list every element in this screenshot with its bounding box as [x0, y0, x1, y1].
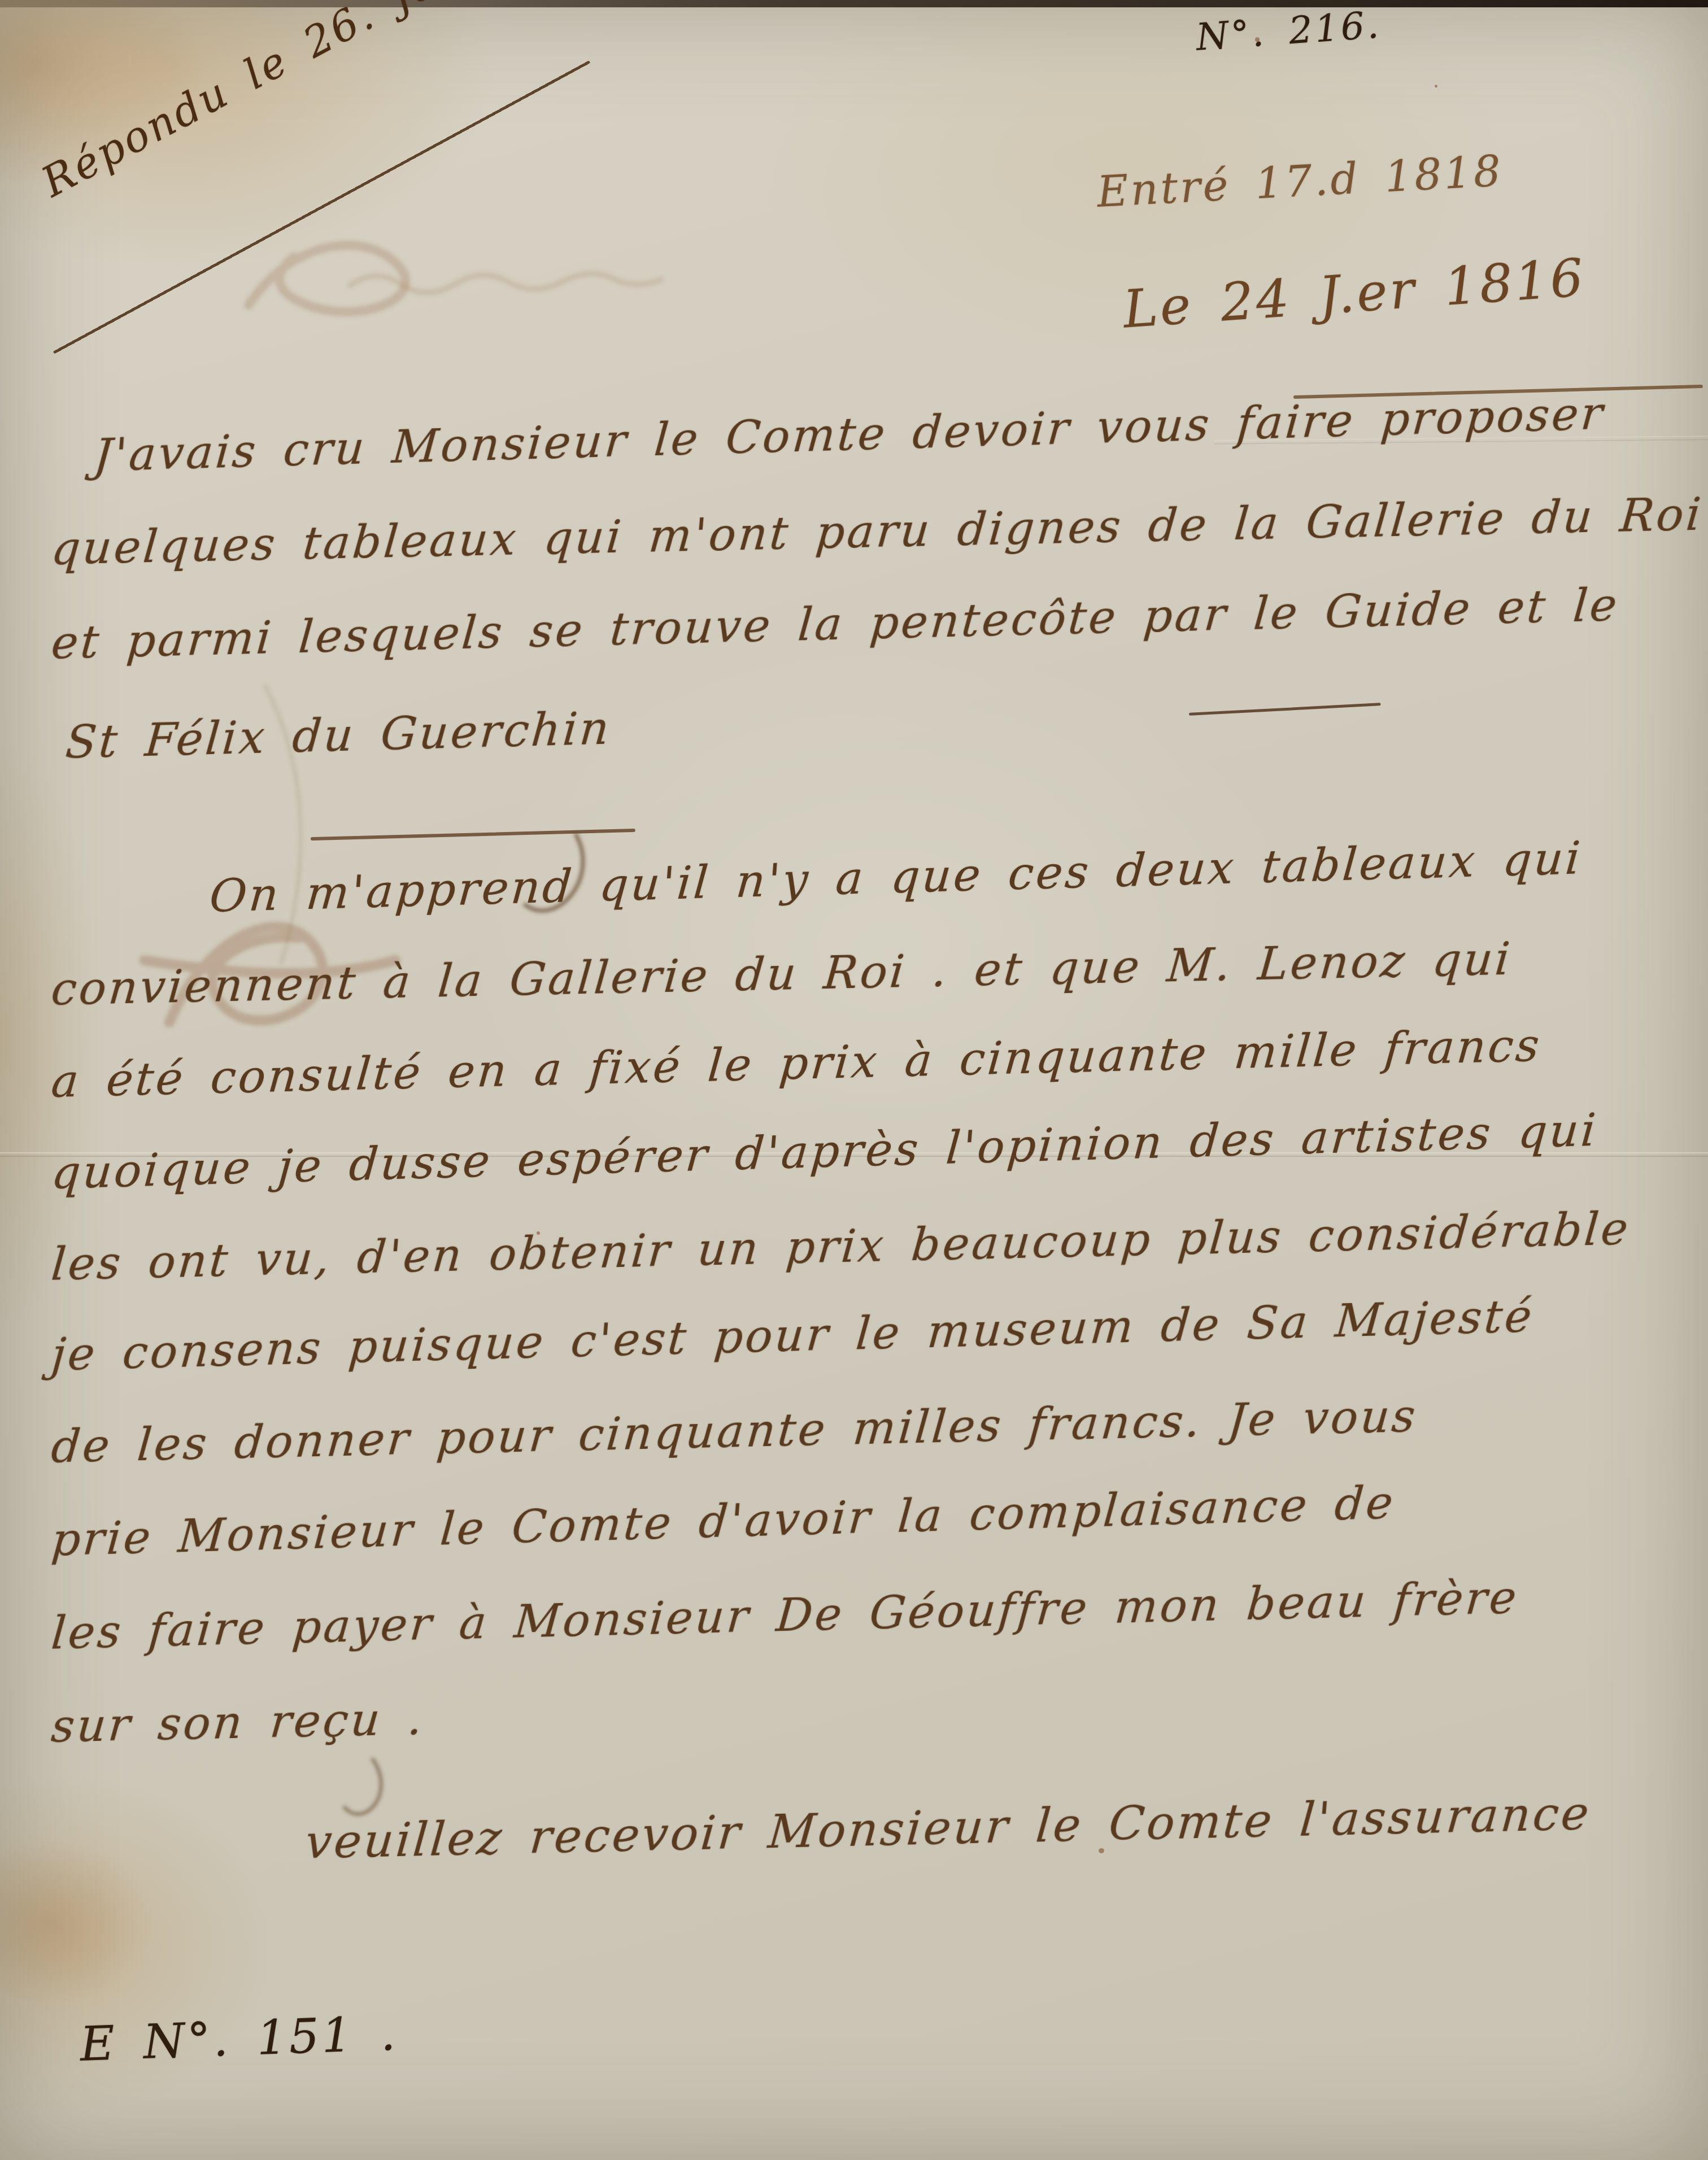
folio-number: N°. 216.: [1195, 3, 1382, 59]
body-line: sur son reçu .: [49, 1692, 426, 1753]
scan-edge: [0, 0, 1708, 7]
ink-speck: [1435, 85, 1437, 88]
body-line: J'avais cru Monsieur le Comte devoir vou…: [92, 387, 1607, 482]
body-line: les faire payer à Monsieur De Géouffre m…: [50, 1571, 1521, 1660]
ink-text-bleedthrough: [350, 273, 661, 293]
ink-flourish: [345, 1760, 381, 1814]
body-line: et parmi lesquels se trouve la pentecôte…: [50, 578, 1622, 669]
date-line: Le 24 J.er 1816: [1121, 247, 1587, 340]
body-line: de les donner pour cinquante milles fran…: [49, 1390, 1419, 1473]
body-line: On m'apprend qu'il n'y a que ces deux ta…: [208, 831, 1584, 922]
body-line: a été consulté en a fixé le prix à cinqu…: [50, 1019, 1544, 1108]
line-underline: [311, 829, 635, 841]
body-line: quoique je dusse espérer d'après l'opini…: [50, 1104, 1600, 1199]
word-underline-guide: [1189, 703, 1381, 716]
ink-flourish-bleedthrough: [249, 245, 406, 312]
entry-annotation: Entré 17.d 1818: [1096, 145, 1504, 217]
reply-annotation: Répondu le 26. Janv. 1816 .: [34, 0, 663, 207]
body-line: les ont vu, d'en obtenir un prix beaucou…: [49, 1203, 1632, 1291]
body-line: conviennent à la Gallerie du Roi . et qu…: [49, 933, 1514, 1016]
reply-annotation-underline: [53, 60, 591, 354]
manuscript-letter-scan: Répondu le 26. Janv. 1816 . N°. 216. Ent…: [0, 0, 1708, 2160]
body-line: prie Monsieur le Comte d'avoir la compla…: [50, 1477, 1397, 1566]
body-line: St Félix du Guerchin: [64, 702, 613, 769]
body-line: je consens puisque c'est pour le museum …: [50, 1290, 1536, 1381]
footer-reference: E N°. 151 .: [79, 2005, 399, 2072]
body-line: quelques tableaux qui m'ont paru dignes …: [49, 487, 1708, 575]
closing-line: veuillez recevoir Monsieur le Comte l'as…: [303, 1787, 1593, 1869]
